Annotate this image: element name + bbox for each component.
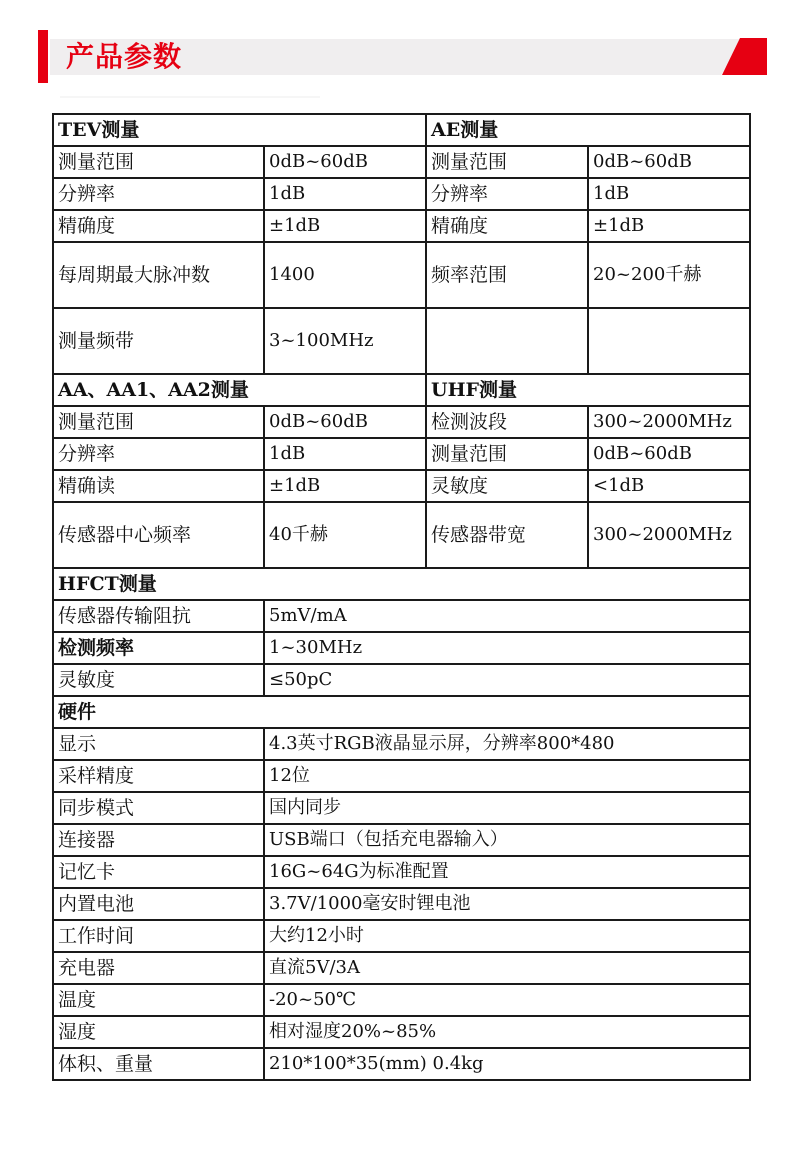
spec-value: ±1dB: [264, 470, 426, 502]
table-row: 同步模式 国内同步: [53, 792, 750, 824]
spec-label: 工作时间: [53, 920, 264, 952]
table-row: TEV测量 AE测量: [53, 114, 750, 146]
spec-value: 5mV/mA: [264, 600, 750, 632]
spec-value: 210*100*35(mm) 0.4kg: [264, 1048, 750, 1080]
spec-value: 3~100MHz: [264, 308, 426, 374]
group-title-ae: AE测量: [426, 114, 750, 146]
spec-label: 传感器中心频率: [53, 502, 264, 568]
table-row: 灵敏度 ≤50pC: [53, 664, 750, 696]
table-row: 检测频率 1~30MHz: [53, 632, 750, 664]
spec-label: 显示: [53, 728, 264, 760]
spec-label: 连接器: [53, 824, 264, 856]
spec-label: 记忆卡: [53, 856, 264, 888]
spec-value: -20~50℃: [264, 984, 750, 1016]
spec-label: 温度: [53, 984, 264, 1016]
spec-value: 4.3英寸RGB液晶显示屏，分辨率800*480: [264, 728, 750, 760]
table-row: 精确读 ±1dB 灵敏度 <1dB: [53, 470, 750, 502]
spec-value: 1400: [264, 242, 426, 308]
spec-value: 大约12小时: [264, 920, 750, 952]
spec-value: 20~200千赫: [588, 242, 750, 308]
spec-label: 充电器: [53, 952, 264, 984]
table-row: 显示 4.3英寸RGB液晶显示屏，分辨率800*480: [53, 728, 750, 760]
table-row: 记忆卡 16G~64G为标准配置: [53, 856, 750, 888]
spec-value: 1~30MHz: [264, 632, 750, 664]
table-row: 分辨率 1dB 测量范围 0dB~60dB: [53, 438, 750, 470]
table-row: 传感器传输阻抗 5mV/mA: [53, 600, 750, 632]
spec-label: 频率范围: [426, 242, 588, 308]
table-row: 分辨率 1dB 分辨率 1dB: [53, 178, 750, 210]
group-title-aa: AA、AA1、AA2测量: [53, 374, 426, 406]
table-row: 温度 -20~50℃: [53, 984, 750, 1016]
table-row: 采样精度 12位: [53, 760, 750, 792]
spec-label: 同步模式: [53, 792, 264, 824]
table-row: 工作时间 大约12小时: [53, 920, 750, 952]
spec-value: 0dB~60dB: [588, 146, 750, 178]
spec-value: 0dB~60dB: [264, 406, 426, 438]
spec-value: ≤50pC: [264, 664, 750, 696]
table-row: 传感器中心频率 40千赫 传感器带宽 300~2000MHz: [53, 502, 750, 568]
spec-value: <1dB: [588, 470, 750, 502]
spec-label: 分辨率: [426, 178, 588, 210]
spec-label: 测量范围: [53, 406, 264, 438]
table-row: 每周期最大脉冲数 1400 频率范围 20~200千赫: [53, 242, 750, 308]
spec-value: ±1dB: [264, 210, 426, 242]
spec-value: 3.7V/1000毫安时锂电池: [264, 888, 750, 920]
group-title-hfct: HFCT测量: [53, 568, 750, 600]
spec-label: 每周期最大脉冲数: [53, 242, 264, 308]
spec-label: 精确度: [426, 210, 588, 242]
spec-value: 40千赫: [264, 502, 426, 568]
empty-cell: [426, 308, 588, 374]
spec-label: 内置电池: [53, 888, 264, 920]
spec-label: 体积、重量: [53, 1048, 264, 1080]
spec-value: 300~2000MHz: [588, 502, 750, 568]
spec-value: USB端口（包括充电器输入）: [264, 824, 750, 856]
spec-label: 测量范围: [426, 146, 588, 178]
spec-label: 灵敏度: [53, 664, 264, 696]
spec-value: 直流5V/3A: [264, 952, 750, 984]
spec-value: 国内同步: [264, 792, 750, 824]
spec-value: 300~2000MHz: [588, 406, 750, 438]
table-row: 精确度 ±1dB 精确度 ±1dB: [53, 210, 750, 242]
page-title: 产品参数: [66, 37, 182, 77]
spec-value: 相对湿度20%~85%: [264, 1016, 750, 1048]
spec-label: 传感器传输阻抗: [53, 600, 264, 632]
spec-value: 0dB~60dB: [264, 146, 426, 178]
spec-label: 精确读: [53, 470, 264, 502]
table-row: 湿度 相对湿度20%~85%: [53, 1016, 750, 1048]
table-row: 充电器 直流5V/3A: [53, 952, 750, 984]
table-row: 测量范围 0dB~60dB 检测波段 300~2000MHz: [53, 406, 750, 438]
spec-value: 12位: [264, 760, 750, 792]
table-row: AA、AA1、AA2测量 UHF测量: [53, 374, 750, 406]
spec-label: 采样精度: [53, 760, 264, 792]
spec-label: 灵敏度: [426, 470, 588, 502]
header-accent-bar: [38, 30, 48, 83]
group-title-tev: TEV测量: [53, 114, 426, 146]
header-divider: [60, 96, 320, 98]
spec-value: 16G~64G为标准配置: [264, 856, 750, 888]
spec-label: 分辨率: [53, 178, 264, 210]
table-row: 测量范围 0dB~60dB 测量范围 0dB~60dB: [53, 146, 750, 178]
table-row: 连接器 USB端口（包括充电器输入）: [53, 824, 750, 856]
table-row: 体积、重量 210*100*35(mm) 0.4kg: [53, 1048, 750, 1080]
table-row: 测量频带 3~100MHz: [53, 308, 750, 374]
spec-label: 测量范围: [53, 146, 264, 178]
spec-label: 传感器带宽: [426, 502, 588, 568]
spec-value: 1dB: [588, 178, 750, 210]
group-title-uhf: UHF测量: [426, 374, 750, 406]
section-header: 产品参数: [0, 0, 800, 90]
table-row: 硬件: [53, 696, 750, 728]
group-title-hardware: 硬件: [53, 696, 750, 728]
spec-label: 精确度: [53, 210, 264, 242]
spec-value: 0dB~60dB: [588, 438, 750, 470]
spec-value: 1dB: [264, 438, 426, 470]
empty-cell: [588, 308, 750, 374]
spec-value: 1dB: [264, 178, 426, 210]
table-row: 内置电池 3.7V/1000毫安时锂电池: [53, 888, 750, 920]
spec-label: 测量范围: [426, 438, 588, 470]
spec-value: ±1dB: [588, 210, 750, 242]
spec-label: 检测波段: [426, 406, 588, 438]
spec-table: TEV测量 AE测量 测量范围 0dB~60dB 测量范围 0dB~60dB 分…: [52, 113, 751, 1081]
spec-label: 分辨率: [53, 438, 264, 470]
table-row: HFCT测量: [53, 568, 750, 600]
spec-label: 湿度: [53, 1016, 264, 1048]
spec-label: 检测频率: [53, 632, 264, 664]
spec-label: 测量频带: [53, 308, 264, 374]
